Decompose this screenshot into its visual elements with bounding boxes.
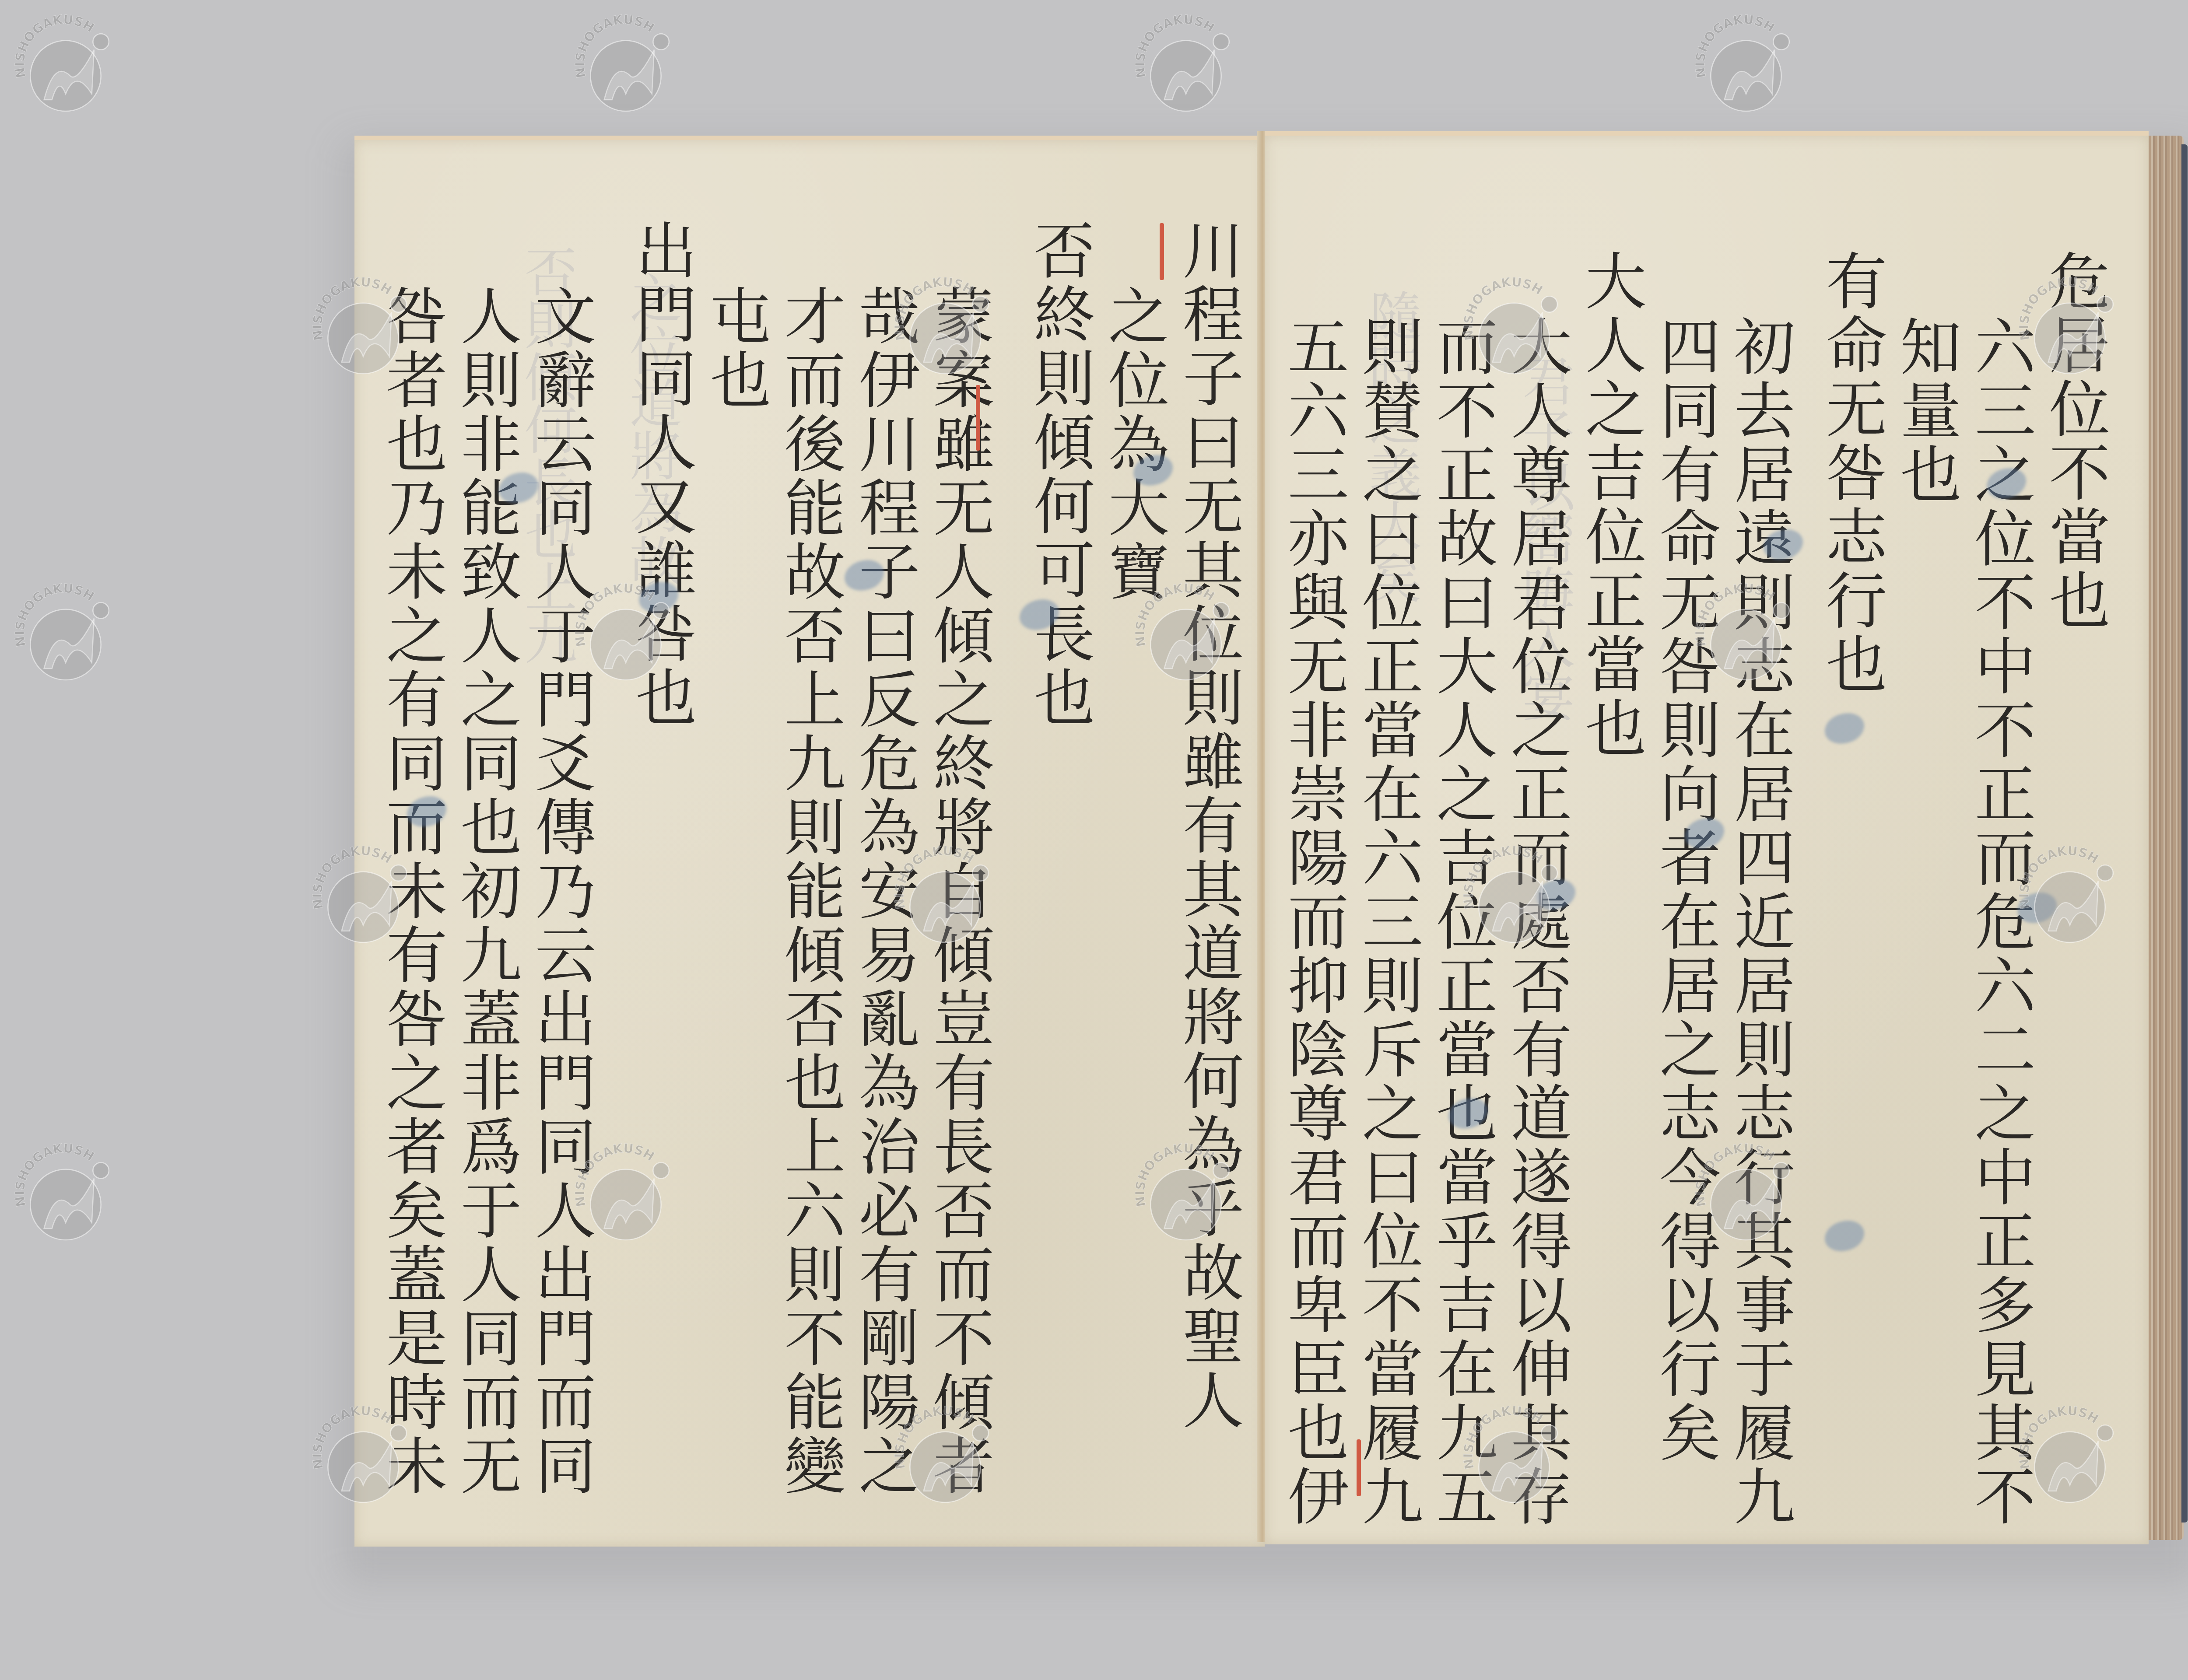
cover-edge (2181, 144, 2188, 1522)
text-column: 初去居遠則志在居四近居則志行其事于履九 (1724, 249, 1790, 1529)
text-column-heading: 出門同人又誰咎也 (626, 219, 691, 1498)
left-page: 否則傾何長也上九 之位道將為故 川程子曰无其位則雖有其道將何為乎故聖人 之位為大… (354, 136, 1265, 1547)
text-column-heading: 危居位不當也 (2039, 249, 2105, 1529)
text-column: 川程子曰无其位則雖有其道將何為乎故聖人 (1173, 219, 1238, 1498)
text-column: 才而後能故否上九則能傾否也上六則不能變 (775, 219, 840, 1498)
text-column: 六三之位不中不正而危六二之中正多見其不 (1965, 249, 2030, 1529)
text-column: 則賛之曰位正當在六三則斥之曰位不當履九 (1352, 249, 1418, 1529)
text-column: 五六三亦與无非崇陽而抑陰尊君而卑臣也伊 (1278, 249, 1343, 1529)
text-column-heading: 大人之吉位正當也 (1575, 249, 1641, 1529)
red-annotation-mark (1357, 1439, 1361, 1496)
right-page: 隨時之義大矣 君子以嚮晦入宴 危居位不當也 六三之位不中不正而危六二之中正多見其… (1265, 131, 2149, 1544)
left-page-text: 川程子曰无其位則雖有其道將何為乎故聖人 之位為大寶 否終則傾何可長也 蒙案雖无人… (368, 219, 1238, 1498)
text-column-heading: 否終則傾何可長也 (1024, 219, 1090, 1498)
text-column: 人則非能致人之同也初九蓋非爲于人同而无 (451, 219, 516, 1498)
open-book: 否則傾何長也上九 之位道將為故 川程子曰无其位則雖有其道將何為乎故聖人 之位為大… (0, 0, 2188, 1680)
red-annotation-mark (1160, 223, 1164, 280)
text-column: 知量也 (1890, 249, 1956, 1529)
text-column-heading: 有命无咎志行也 (1816, 249, 1882, 1529)
text-column: 而不正故曰大人之吉位正當也當乎吉在九五 (1427, 249, 1492, 1529)
red-annotation-mark (976, 385, 980, 451)
text-column: 之位為大寶 (1098, 219, 1164, 1498)
text-column: 咎者也乃未之有同而未有咎之者矣蓋是時未 (376, 219, 442, 1498)
text-column: 文辭云同人于門爻傳乃云出門同人出門而同 (525, 219, 591, 1498)
text-column: 四同有命无咎則向者在居之志今得以行矣 (1650, 249, 1715, 1529)
page-stack-edge (2149, 136, 2184, 1540)
text-column: 哉伊川程子曰反危為安易亂為治必有剛陽之 (849, 219, 915, 1498)
text-column: 屯也 (700, 219, 766, 1498)
right-page-text: 危居位不當也 六三之位不中不正而危六二之中正多見其不 知量也 有命无咎志行也 初… (1269, 249, 2105, 1529)
